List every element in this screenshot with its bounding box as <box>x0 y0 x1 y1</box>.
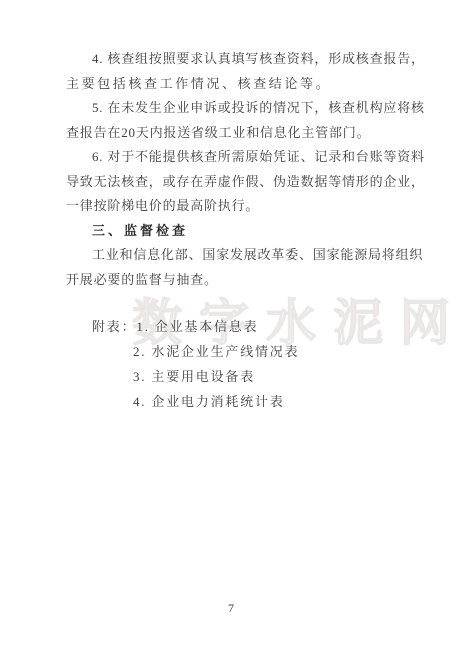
body-line: 导致无法核查，或存在弄虚作假、伪造数据等情形的企业， <box>66 170 406 195</box>
appendix-item: 1. 企业基本信息表 <box>136 319 258 334</box>
body-line: 工业和信息化部、国家发展改革委、国家能源局将组织 <box>66 243 406 268</box>
appendix-item: 4. 企业电力消耗统计表 <box>92 389 299 414</box>
appendix-label: 附表： <box>92 319 136 334</box>
document-page: 数字水泥网 4. 核查组按照要求认真填写核查资料，形成核查报告，主要包括核查工作… <box>0 0 462 652</box>
appendix-block: 附表：1. 企业基本信息表 2. 水泥企业生产线情况表3. 主要用电设备表4. … <box>92 314 299 414</box>
section-heading: 三、监督检查 <box>66 219 406 244</box>
page-number: 7 <box>0 601 462 616</box>
appendix-line: 附表：1. 企业基本信息表 <box>92 314 299 339</box>
body-line: 开展必要的监督与抽查。 <box>66 268 406 293</box>
body-line: 查报告在20天内报送省级工业和信息化主管部门。 <box>66 121 406 146</box>
body-line: 5. 在未发生企业申诉或投诉的情况下，核查机构应将核 <box>66 96 406 121</box>
document-body: 4. 核查组按照要求认真填写核查资料，形成核查报告，主要包括核查工作情况、核查结… <box>66 47 406 292</box>
appendix-item: 3. 主要用电设备表 <box>92 364 299 389</box>
body-line: 6. 对于不能提供核查所需原始凭证、记录和台账等资料 <box>66 145 406 170</box>
body-line: 一律按阶梯电价的最高阶执行。 <box>66 194 406 219</box>
appendix-item: 2. 水泥企业生产线情况表 <box>92 339 299 364</box>
body-line: 4. 核查组按照要求认真填写核查资料，形成核查报告， <box>66 47 406 72</box>
body-line: 主要包括核查工作情况、核查结论等。 <box>66 72 406 97</box>
